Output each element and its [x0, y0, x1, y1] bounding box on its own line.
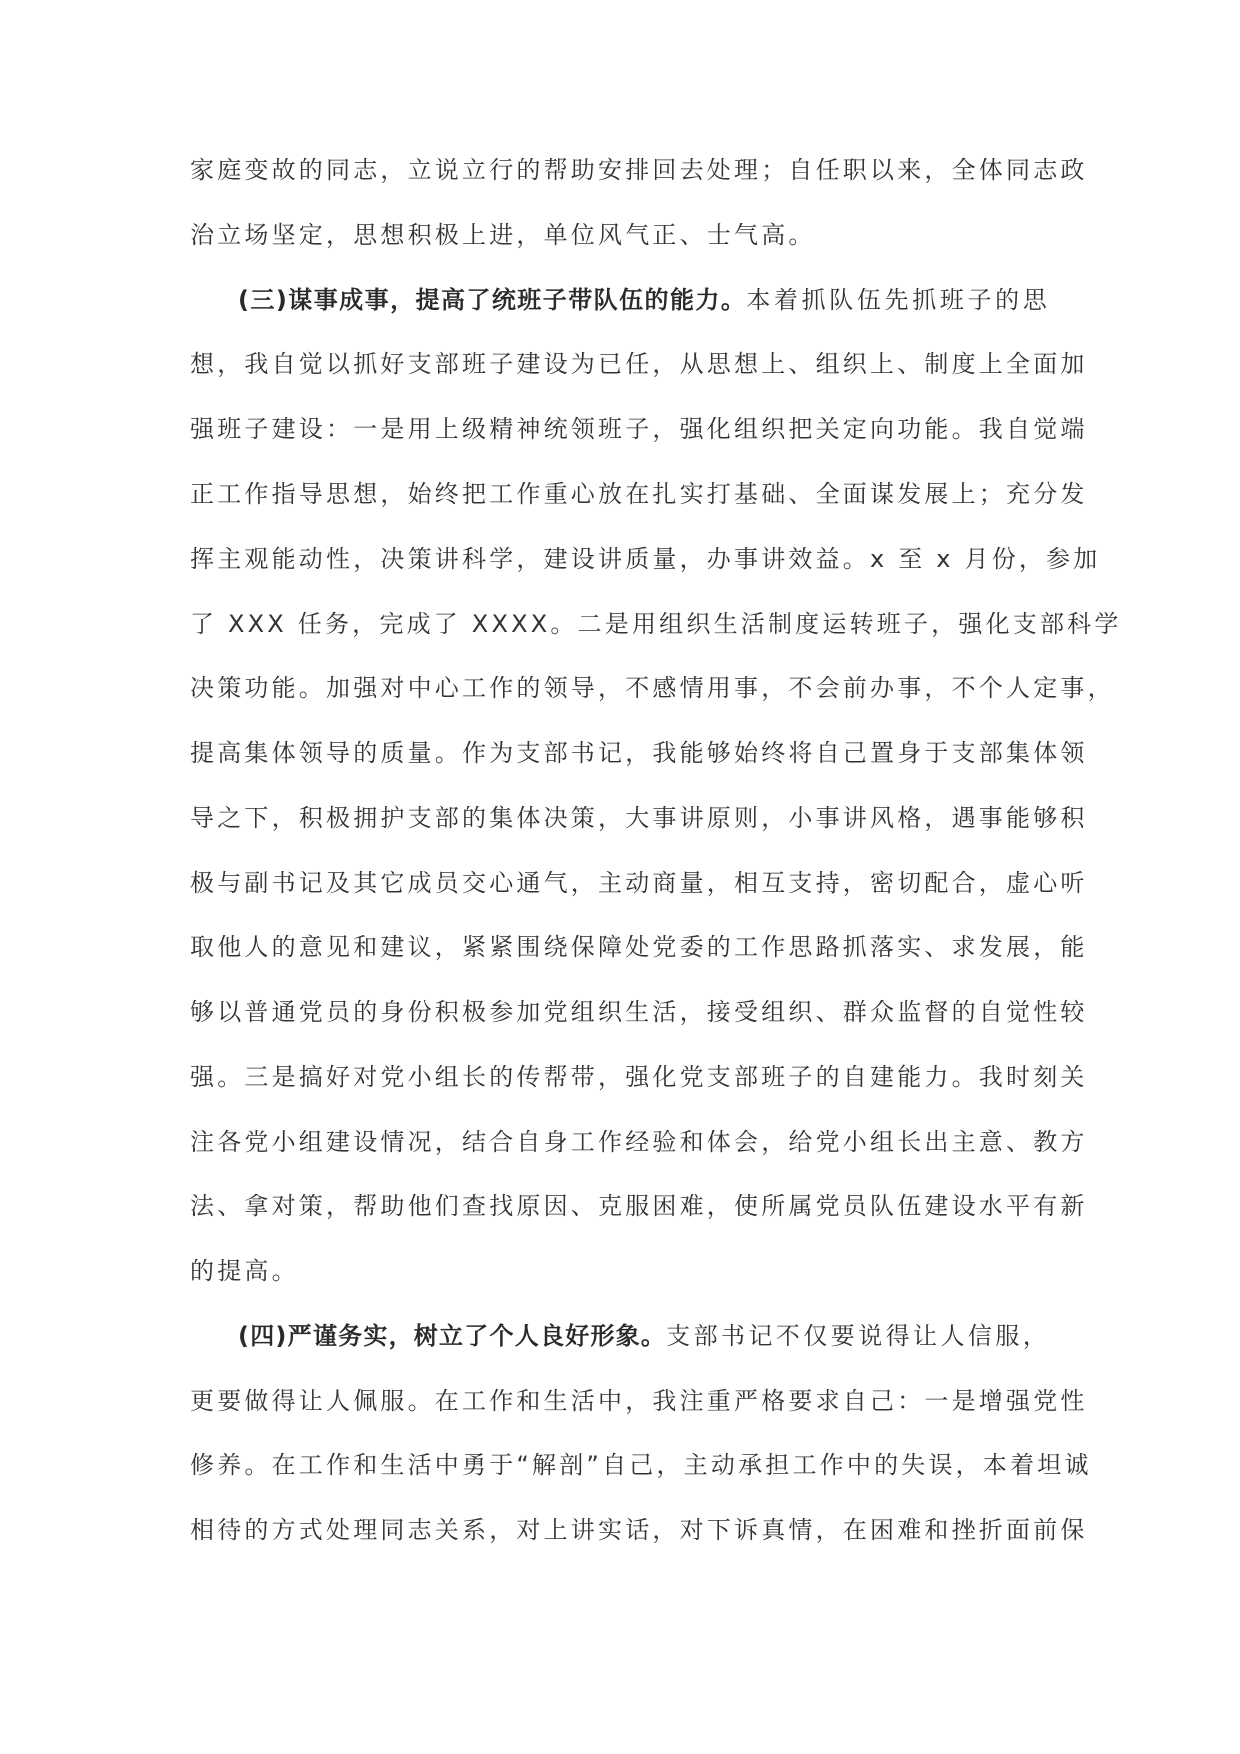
text-line: 想，我自觉以抓好支部班子建设为已任，从思想上、组织上、制度上全面加 [190, 344, 1050, 384]
text-line: 强。三是搞好对党小组长的传帮带，强化党支部班子的自建能力。我时刻关 [190, 1057, 1050, 1097]
text-line: 取他人的意见和建议，紧紧围绕保障处党委的工作思路抓落实、求发展，能 [190, 927, 1050, 967]
text-line: 正工作指导思想，始终把工作重心放在扎实打基础、全面谋发展上；充分发 [190, 474, 1050, 514]
section-heading: (三)谋事成事，提高了统班子带队伍的能力。 [238, 286, 746, 314]
text-line: 更要做得让人佩服。在工作和生活中，我注重严格要求自己：一是增强党性 [190, 1381, 1050, 1421]
text-run: 本着抓队伍先抓班子的思 [746, 286, 1050, 314]
section-heading-line: (三)谋事成事，提高了统班子带队伍的能力。本着抓队伍先抓班子的思 [238, 280, 1050, 320]
section-heading-line: (四)严谨务实，树立了个人良好形象。支部书记不仅要说得让人信服， [238, 1316, 1050, 1356]
text-line: 修养。在工作和生活中勇于“解剖”自己，主动承担工作中的失误，本着坦诚 [190, 1445, 1050, 1485]
document-page: 家庭变故的同志，立说立行的帮助安排回去处理；自任职以来，全体同志政 治立场坚定，… [0, 0, 1240, 1754]
text-line: 治立场坚定，思想积极上进，单位风气正、士气高。 [190, 215, 1050, 255]
text-line: 相待的方式处理同志关系，对上讲实话，对下诉真情，在困难和挫折面前保 [190, 1510, 1050, 1550]
text-line: 注各党小组建设情况，结合自身工作经验和体会，给党小组长出主意、教方 [190, 1122, 1050, 1162]
text-line: 的提高。 [190, 1251, 1050, 1291]
text-run: 支部书记不仅要说得让人信服， [666, 1322, 1050, 1350]
text-line: 提高集体领导的质量。作为支部书记，我能够始终将自己置身于支部集体领 [190, 733, 1050, 773]
section-heading: (四)严谨务实，树立了个人良好形象。 [238, 1322, 666, 1350]
text-line: 决策功能。加强对中心工作的领导，不感情用事，不会前办事，不个人定事， [190, 668, 1050, 708]
text-line: 家庭变故的同志，立说立行的帮助安排回去处理；自任职以来，全体同志政 [190, 150, 1050, 190]
text-line: 极与副书记及其它成员交心通气，主动商量，相互支持，密切配合，虚心听 [190, 863, 1050, 903]
text-line: 法、拿对策，帮助他们查找原因、克服困难，使所属党员队伍建设水平有新 [190, 1186, 1050, 1226]
text-line: 导之下，积极拥护支部的集体决策，大事讲原则，小事讲风格，遇事能够积 [190, 798, 1050, 838]
text-line: 强班子建设：一是用上级精神统领班子，强化组织把关定向功能。我自觉端 [190, 409, 1050, 449]
text-line: 够以普通党员的身份积极参加党组织生活，接受组织、群众监督的自觉性较 [190, 992, 1050, 1032]
text-line: 挥主观能动性，决策讲科学，建设讲质量，办事讲效益。x 至 x 月份，参加 [190, 539, 1050, 579]
text-line: 了 XXX 任务，完成了 XXXX。二是用组织生活制度运转班子，强化支部科学 [190, 604, 1050, 644]
